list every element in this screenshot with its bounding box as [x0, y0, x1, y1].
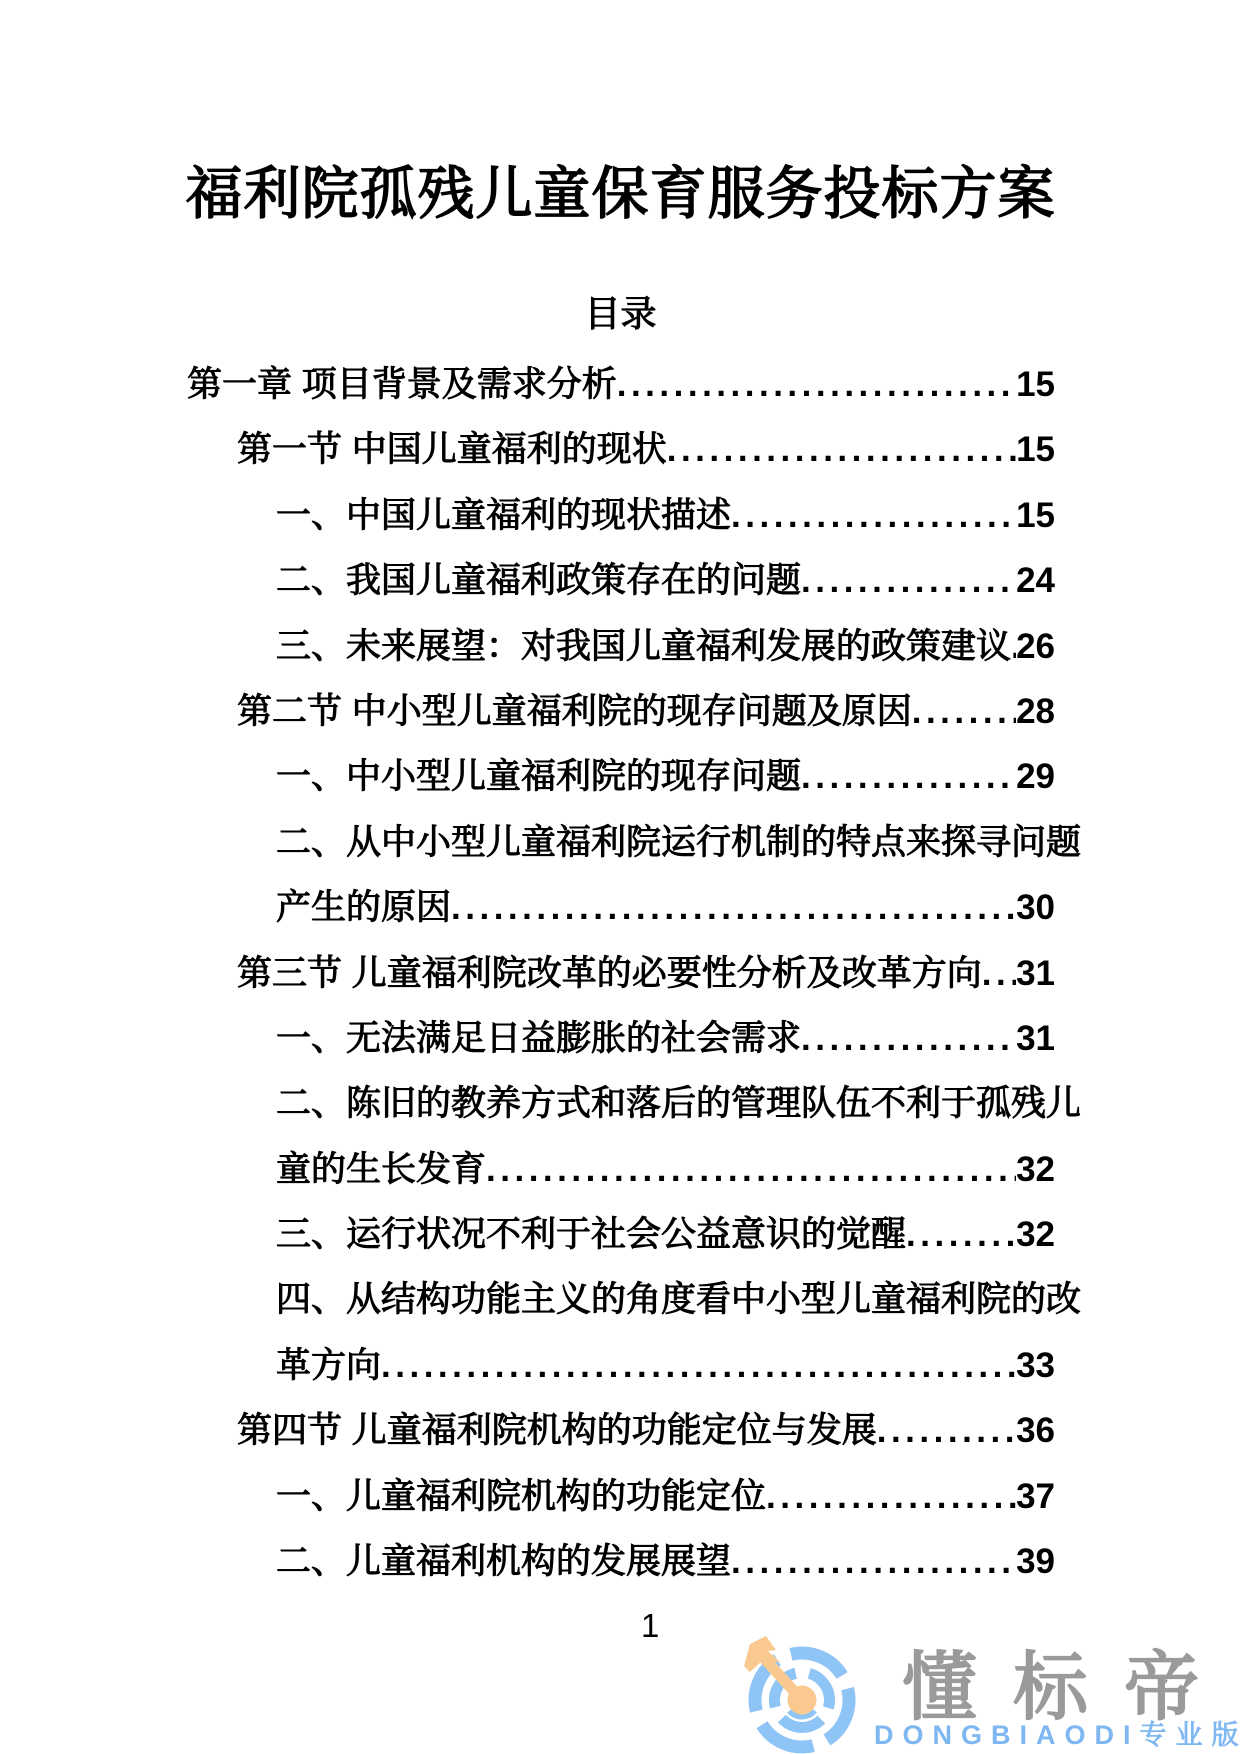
page-number: 1	[641, 1606, 659, 1646]
toc-entry[interactable]: 一、中小型儿童福利院的现存问题29	[187, 744, 1055, 809]
toc-entry[interactable]: 二、儿童福利机构的发展展望39	[187, 1529, 1055, 1594]
toc-entry-text: 三、运行状况不利于社会公益意识的觉醒	[276, 1202, 906, 1267]
toc-entry-page: 31	[1016, 941, 1055, 1006]
toc-entry-page: 32	[1016, 1137, 1055, 1202]
watermark-brand-en: DONGBIAODI专业版	[874, 1718, 1241, 1752]
toc-entry[interactable]: 第二节 中小型儿童福利院的现存问题及原因28	[187, 679, 1055, 744]
toc-entry[interactable]: 二、从中小型儿童福利院运行机制的特点来探寻问题	[187, 810, 1055, 875]
toc-dot-leader	[731, 483, 1016, 548]
toc-dot-leader	[801, 744, 1016, 809]
toc-dot-leader	[667, 417, 1016, 482]
toc-entry-text: 二、陈旧的教养方式和落后的管理队伍不利于孤残儿	[276, 1071, 1081, 1136]
toc-dot-leader	[877, 1398, 1016, 1463]
toc-dot-leader	[982, 941, 1016, 1006]
document-page: 福利院孤残儿童保育服务投标方案 目录 第一章 项目背景及需求分析15第一节 中国…	[0, 0, 1241, 1754]
toc-dot-leader	[486, 1137, 1016, 1202]
toc-entry-page: 32	[1016, 1202, 1055, 1267]
toc-entry-page: 15	[1016, 417, 1055, 482]
toc-entry-text: 一、儿童福利院机构的功能定位	[276, 1464, 766, 1529]
toc-entry-text: 二、儿童福利机构的发展展望	[276, 1529, 731, 1594]
toc-entry[interactable]: 第四节 儿童福利院机构的功能定位与发展36	[187, 1398, 1055, 1463]
toc-entry-text: 革方向	[276, 1333, 381, 1398]
toc-dot-leader	[801, 1006, 1016, 1071]
toc-dot-leader	[801, 548, 1016, 613]
toc-entry-text: 三、未来展望：对我国儿童福利发展的政策建议	[276, 614, 1011, 679]
toc-entry-page: 26	[1016, 614, 1055, 679]
toc-entry[interactable]: 一、中国儿童福利的现状描述15	[187, 483, 1055, 548]
toc-entry-page: 15	[1016, 483, 1055, 548]
toc-entry-page: 24	[1016, 548, 1055, 613]
toc-entry[interactable]: 二、陈旧的教养方式和落后的管理队伍不利于孤残儿	[187, 1071, 1055, 1136]
toc-entry-page: 30	[1016, 875, 1055, 940]
toc-list: 第一章 项目背景及需求分析15第一节 中国儿童福利的现状15一、中国儿童福利的现…	[187, 352, 1055, 1594]
toc-entry-text: 一、无法满足日益膨胀的社会需求	[276, 1006, 801, 1071]
watermark-brand-latin: DONGBIAODI	[874, 1720, 1140, 1750]
toc-entry[interactable]: 第一章 项目背景及需求分析15	[187, 352, 1055, 417]
toc-entry-page: 39	[1016, 1529, 1055, 1594]
toc-entry-page: 33	[1016, 1333, 1055, 1398]
toc-entry[interactable]: 三、运行状况不利于社会公益意识的觉醒32	[187, 1202, 1055, 1267]
watermark-brand-cn: 懂标帝	[902, 1646, 1235, 1728]
toc-dot-leader	[766, 1464, 1016, 1529]
toc-entry-text: 产生的原因	[276, 875, 451, 940]
toc-entry-text: 第二节 中小型儿童福利院的现存问题及原因	[237, 679, 912, 744]
toc-dot-leader	[731, 1529, 1016, 1594]
toc-entry[interactable]: 一、无法满足日益膨胀的社会需求31	[187, 1006, 1055, 1071]
toc-entry[interactable]: 第一节 中国儿童福利的现状15	[187, 417, 1055, 482]
toc-entry[interactable]: 革方向33	[187, 1333, 1055, 1398]
toc-entry-text: 第一章 项目背景及需求分析	[187, 352, 617, 417]
toc-entry-text: 一、中国儿童福利的现状描述	[276, 483, 731, 548]
toc-entry-text: 二、从中小型儿童福利院运行机制的特点来探寻问题	[276, 810, 1081, 875]
toc-entry-text: 第一节 中国儿童福利的现状	[237, 417, 667, 482]
toc-entry-page: 29	[1016, 744, 1055, 809]
toc-dot-leader	[451, 875, 1016, 940]
document-title: 福利院孤残儿童保育服务投标方案	[0, 158, 1241, 230]
toc-dot-leader	[617, 352, 1016, 417]
toc-entry[interactable]: 二、我国儿童福利政策存在的问题24	[187, 548, 1055, 613]
toc-entry-page: 15	[1016, 352, 1055, 417]
toc-dot-leader	[906, 1202, 1016, 1267]
toc-entry[interactable]: 三、未来展望：对我国儿童福利发展的政策建议26	[187, 614, 1055, 679]
toc-entry-text: 四、从结构功能主义的角度看中小型儿童福利院的改	[276, 1267, 1081, 1332]
target-dart-logo-icon	[740, 1634, 858, 1754]
toc-entry[interactable]: 产生的原因30	[187, 875, 1055, 940]
toc-dot-leader	[381, 1333, 1016, 1398]
toc-heading: 目录	[0, 291, 1241, 337]
toc-entry-text: 二、我国儿童福利政策存在的问题	[276, 548, 801, 613]
toc-entry-text: 一、中小型儿童福利院的现存问题	[276, 744, 801, 809]
toc-entry-text: 第四节 儿童福利院机构的功能定位与发展	[237, 1398, 877, 1463]
toc-entry-page: 31	[1016, 1006, 1055, 1071]
watermark-brand-suffix: 专业版	[1140, 1720, 1241, 1750]
toc-entry[interactable]: 童的生长发育32	[187, 1137, 1055, 1202]
toc-entry[interactable]: 四、从结构功能主义的角度看中小型儿童福利院的改	[187, 1267, 1055, 1332]
toc-entry-page: 36	[1016, 1398, 1055, 1463]
toc-entry-text: 第三节 儿童福利院改革的必要性分析及改革方向	[237, 941, 982, 1006]
toc-dot-leader	[912, 679, 1016, 744]
toc-entry[interactable]: 一、儿童福利院机构的功能定位37	[187, 1464, 1055, 1529]
toc-entry[interactable]: 第三节 儿童福利院改革的必要性分析及改革方向31	[187, 941, 1055, 1006]
toc-entry-text: 童的生长发育	[276, 1137, 486, 1202]
toc-entry-page: 37	[1016, 1464, 1055, 1529]
toc-entry-page: 28	[1016, 679, 1055, 744]
